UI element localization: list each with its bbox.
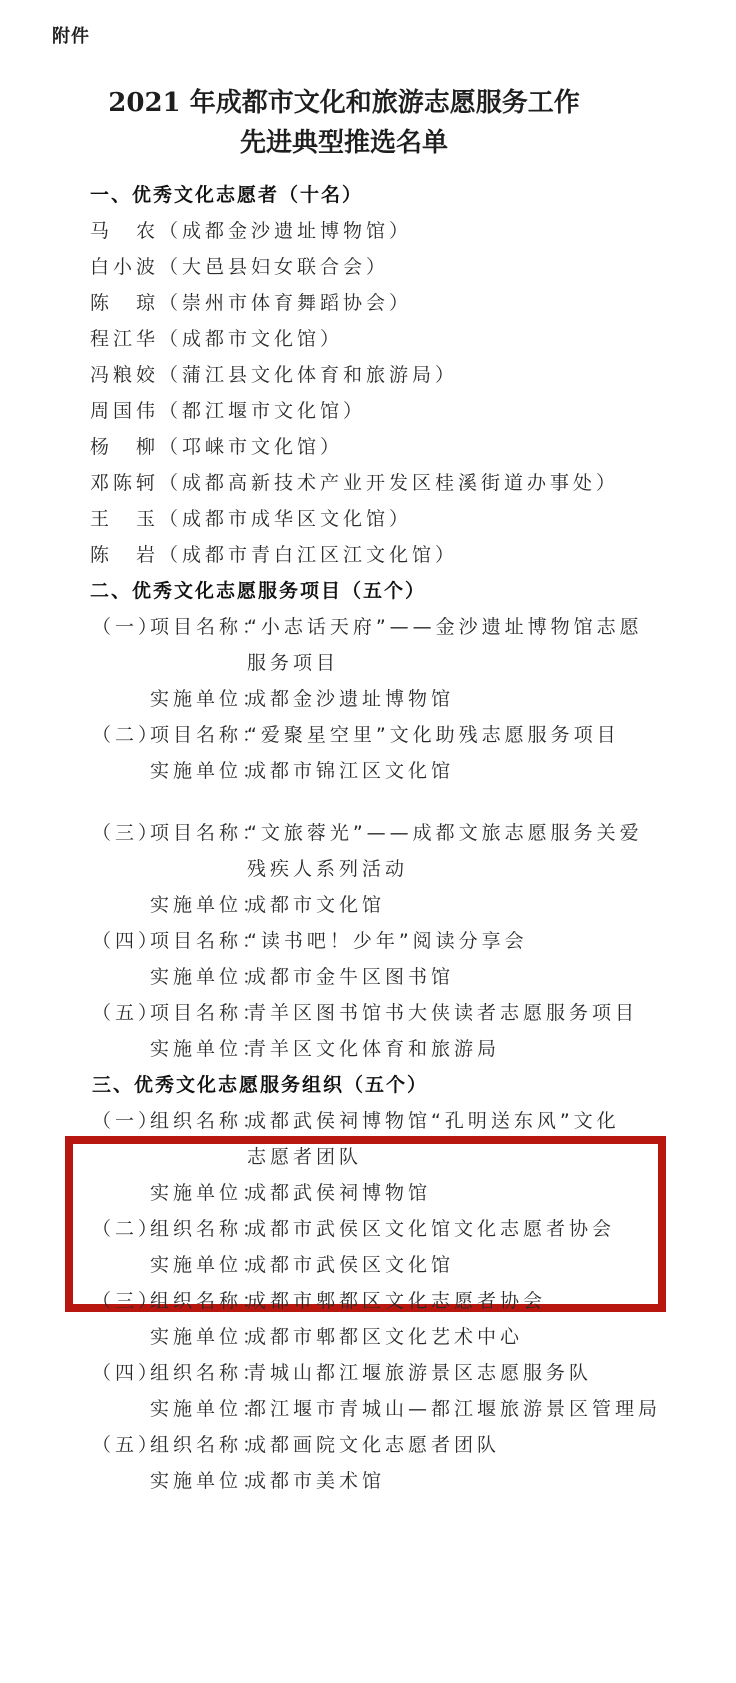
project-name: “文旅蓉光”——成都文旅志愿服务关爱 [247,818,643,845]
section2-heading: 二、优秀文化志愿服务项目（五个） [90,576,426,603]
volunteer-item: 陈 琼（崇州市体育舞蹈协会） [90,288,412,315]
org-name-cont: 志愿者团队 [247,1142,362,1169]
project-name: 青羊区图书馆书大侠读者志愿服务项目 [247,998,638,1025]
volunteer-item: 马 农（成都金沙遗址博物馆） [90,216,412,243]
project-name: “小志话天府”——金沙遗址博物馆志愿 [247,612,643,639]
org-name: 成都市武侯区文化馆文化志愿者协会 [247,1214,615,1241]
unit-value: 成都市美术馆 [247,1466,385,1493]
unit-value: 成都市武侯区文化馆 [247,1250,454,1277]
volunteer-item: 陈 岩（成都市青白江区江文化馆） [90,540,458,567]
project-name: “读书吧！少年”阅读分享会 [247,926,528,953]
volunteer-item: 周国伟（都江堰市文化馆） [90,396,366,423]
org-name: 成都画院文化志愿者团队 [247,1430,500,1457]
section3-heading: 三、优秀文化志愿服务组织（五个） [92,1070,428,1097]
annex-label: 附件 [52,22,90,48]
unit-value: 青羊区文化体育和旅游局 [247,1034,500,1061]
volunteer-item: 程江华（成都市文化馆） [90,324,343,351]
document-title-line2: 先进典型推选名单 [0,122,712,159]
project-name-cont: 服务项目 [247,648,339,675]
unit-value: 成都武侯祠博物馆 [247,1178,431,1205]
unit-value: 成都市郫都区文化艺术中心 [247,1322,523,1349]
document-title-line1: 2021 年成都市文化和旅游志愿服务工作 [0,82,712,119]
unit-value: 成都市金牛区图书馆 [247,962,454,989]
volunteer-item: 邓陈轲（成都高新技术产业开发区桂溪街道办事处） [90,468,619,495]
volunteer-item: 王 玉（成都市成华区文化馆） [90,504,412,531]
volunteer-item: 杨 柳（邛崃市文化馆） [90,432,343,459]
org-name: 成都市郫都区文化志愿者协会 [247,1286,546,1313]
project-name-cont: 残疾人系列活动 [247,854,408,881]
volunteer-item: 白小波（大邑县妇女联合会） [90,252,389,279]
section1-heading: 一、优秀文化志愿者（十名） [90,180,363,207]
unit-value: 都江堰市青城山—都江堰旅游景区管理局 [247,1394,661,1421]
org-name: 成都武侯祠博物馆“孔明送东风”文化 [247,1106,620,1133]
unit-value: 成都金沙遗址博物馆 [247,684,454,711]
unit-value: 成都市锦江区文化馆 [247,756,454,783]
org-name: 青城山都江堰旅游景区志愿服务队 [247,1358,592,1385]
volunteer-item: 冯粮姣（蒲江县文化体育和旅游局） [90,360,458,387]
unit-value: 成都市文化馆 [247,890,385,917]
project-name: “爱聚星空里”文化助残志愿服务项目 [247,720,620,747]
